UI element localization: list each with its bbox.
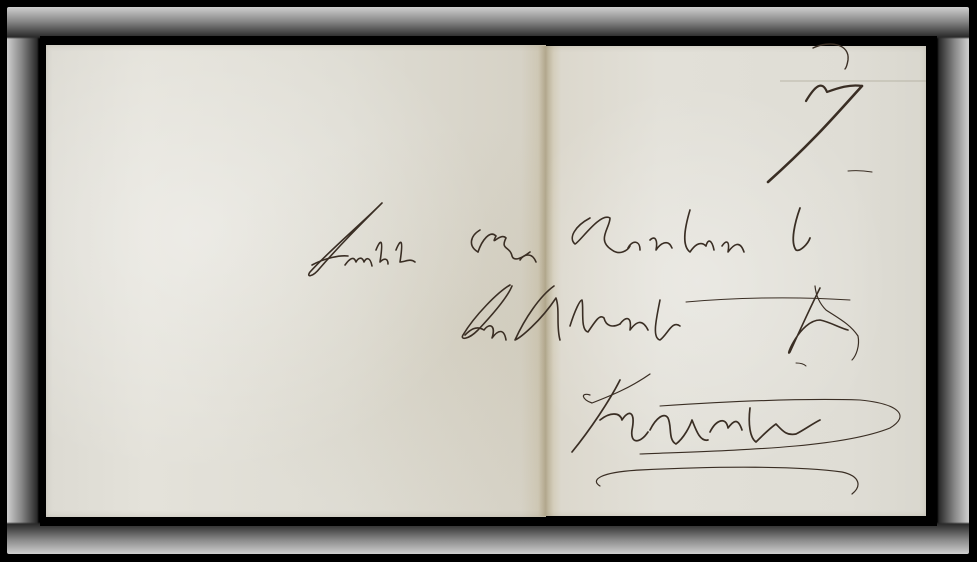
rate-marking-7 <box>768 44 872 182</box>
address-line-1 <box>309 203 810 276</box>
handwriting-ink <box>0 0 977 562</box>
picture-frame: 7 Hon'ble Mr Rankin & John Abbott Esq Fr… <box>0 0 977 562</box>
address-line-3 <box>572 374 900 494</box>
address-line-2 <box>462 285 858 366</box>
